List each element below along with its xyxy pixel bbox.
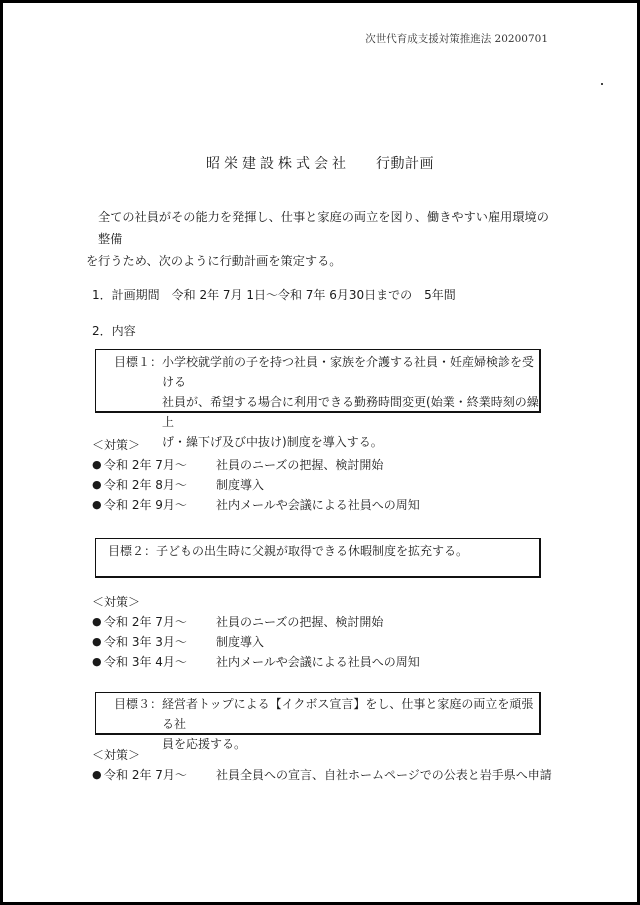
measure-desc: 社内メールや会議による社員への周知 (216, 652, 420, 672)
measure-item: ● 令和 2年 7月～ 社員全員への宣言、自社ホームページでの公表と岩手県へ申請 (92, 765, 552, 785)
measures-list-1: ＜対策＞ ● 令和 2年 7月～ 社員のニーズの把握、検討開始 ● 令和 2年 … (92, 435, 420, 515)
measure-date: 令和 2年 7月～ (104, 612, 216, 632)
goal-line: 経営者トップによる【イクボス宣言】をし、仕事と家庭の両立を頑張る社 (162, 694, 539, 734)
intro-line-2: を行うため、次のように行動計画を策定する。 (86, 250, 556, 272)
measure-item: ● 令和 2年 9月～ 社内メールや会議による社員への周知 (92, 495, 420, 515)
stray-dot-mark (601, 83, 603, 85)
goal-box-3: 目標３： 経営者トップによる【イクボス宣言】をし、仕事と家庭の両立を頑張る社 員… (95, 692, 541, 735)
company-name: 昭栄建設株式会社 (206, 156, 350, 172)
goal-row: 目標２： 子どもの出生時に父親が取得できる休暇制度を拡充する。 (108, 541, 539, 561)
bullet-icon: ● (92, 495, 104, 515)
intro-line-1: 全ての社員がその能力を発揮し、仕事と家庭の両立を図り、働きやすい雇用環境の整備 (86, 206, 556, 250)
bullet-icon: ● (92, 652, 104, 672)
measure-date: 令和 3年 4月～ (104, 652, 216, 672)
measures-list-3: ＜対策＞ ● 令和 2年 7月～ 社員全員への宣言、自社ホームページでの公表と岩… (92, 745, 552, 785)
measure-date: 令和 2年 8月～ (104, 475, 216, 495)
goal-text: 子どもの出生時に父親が取得できる休暇制度を拡充する。 (156, 541, 539, 561)
document-title: 昭栄建設株式会社行動計画 (0, 153, 640, 173)
measure-item: ● 令和 2年 7月～ 社員のニーズの把握、検討開始 (92, 455, 420, 475)
measures-heading: ＜対策＞ (92, 592, 420, 612)
goal-label: 目標２： (108, 541, 156, 561)
measure-item: ● 令和 2年 8月～ 制度導入 (92, 475, 420, 495)
plan-period: 1．計画期間 令和 2年 7月 1日～令和 7年 6月30日までの 5年間 (92, 286, 456, 303)
measure-item: ● 令和 3年 3月～ 制度導入 (92, 632, 420, 652)
bullet-icon: ● (92, 632, 104, 652)
measure-desc: 社員のニーズの把握、検討開始 (216, 612, 383, 632)
measure-desc: 社内メールや会議による社員への周知 (216, 495, 420, 515)
bullet-icon: ● (92, 475, 104, 495)
goal-line: 社員が、希望する場合に利用できる勤務時間変更(始業・終業時刻の繰上 (162, 392, 539, 432)
bullet-icon: ● (92, 455, 104, 475)
goal-line: 小学校就学前の子を持つ社員・家族を介護する社員・妊産婦検診を受ける (162, 352, 539, 392)
measure-date: 令和 2年 7月～ (104, 765, 216, 785)
measure-item: ● 令和 3年 4月～ 社内メールや会議による社員への周知 (92, 652, 420, 672)
measure-date: 令和 2年 9月～ (104, 495, 216, 515)
goal-box-2: 目標２： 子どもの出生時に父親が取得できる休暇制度を拡充する。 (95, 538, 541, 578)
measures-list-2: ＜対策＞ ● 令和 2年 7月～ 社員のニーズの把握、検討開始 ● 令和 3年 … (92, 592, 420, 672)
measure-desc: 制度導入 (216, 475, 264, 495)
measure-desc: 制度導入 (216, 632, 264, 652)
bullet-icon: ● (92, 612, 104, 632)
measure-date: 令和 2年 7月～ (104, 455, 216, 475)
document-type: 行動計画 (376, 156, 434, 172)
measures-heading: ＜対策＞ (92, 435, 420, 455)
law-reference-header: 次世代育成支援対策推進法 20200701 (365, 31, 548, 46)
goal-box-1: 目標１： 小学校就学前の子を持つ社員・家族を介護する社員・妊産婦検診を受ける 社… (95, 349, 541, 413)
intro-paragraph: 全ての社員がその能力を発揮し、仕事と家庭の両立を図り、働きやすい雇用環境の整備 … (86, 206, 556, 272)
measure-date: 令和 3年 3月～ (104, 632, 216, 652)
goal-line: 子どもの出生時に父親が取得できる休暇制度を拡充する。 (156, 541, 539, 561)
measure-desc: 社員全員への宣言、自社ホームページでの公表と岩手県へ申請 (216, 765, 552, 785)
measure-item: ● 令和 2年 7月～ 社員のニーズの把握、検討開始 (92, 612, 420, 632)
measure-desc: 社員のニーズの把握、検討開始 (216, 455, 383, 475)
bullet-icon: ● (92, 765, 104, 785)
measures-heading: ＜対策＞ (92, 745, 552, 765)
content-heading: 2．内容 (92, 322, 136, 339)
